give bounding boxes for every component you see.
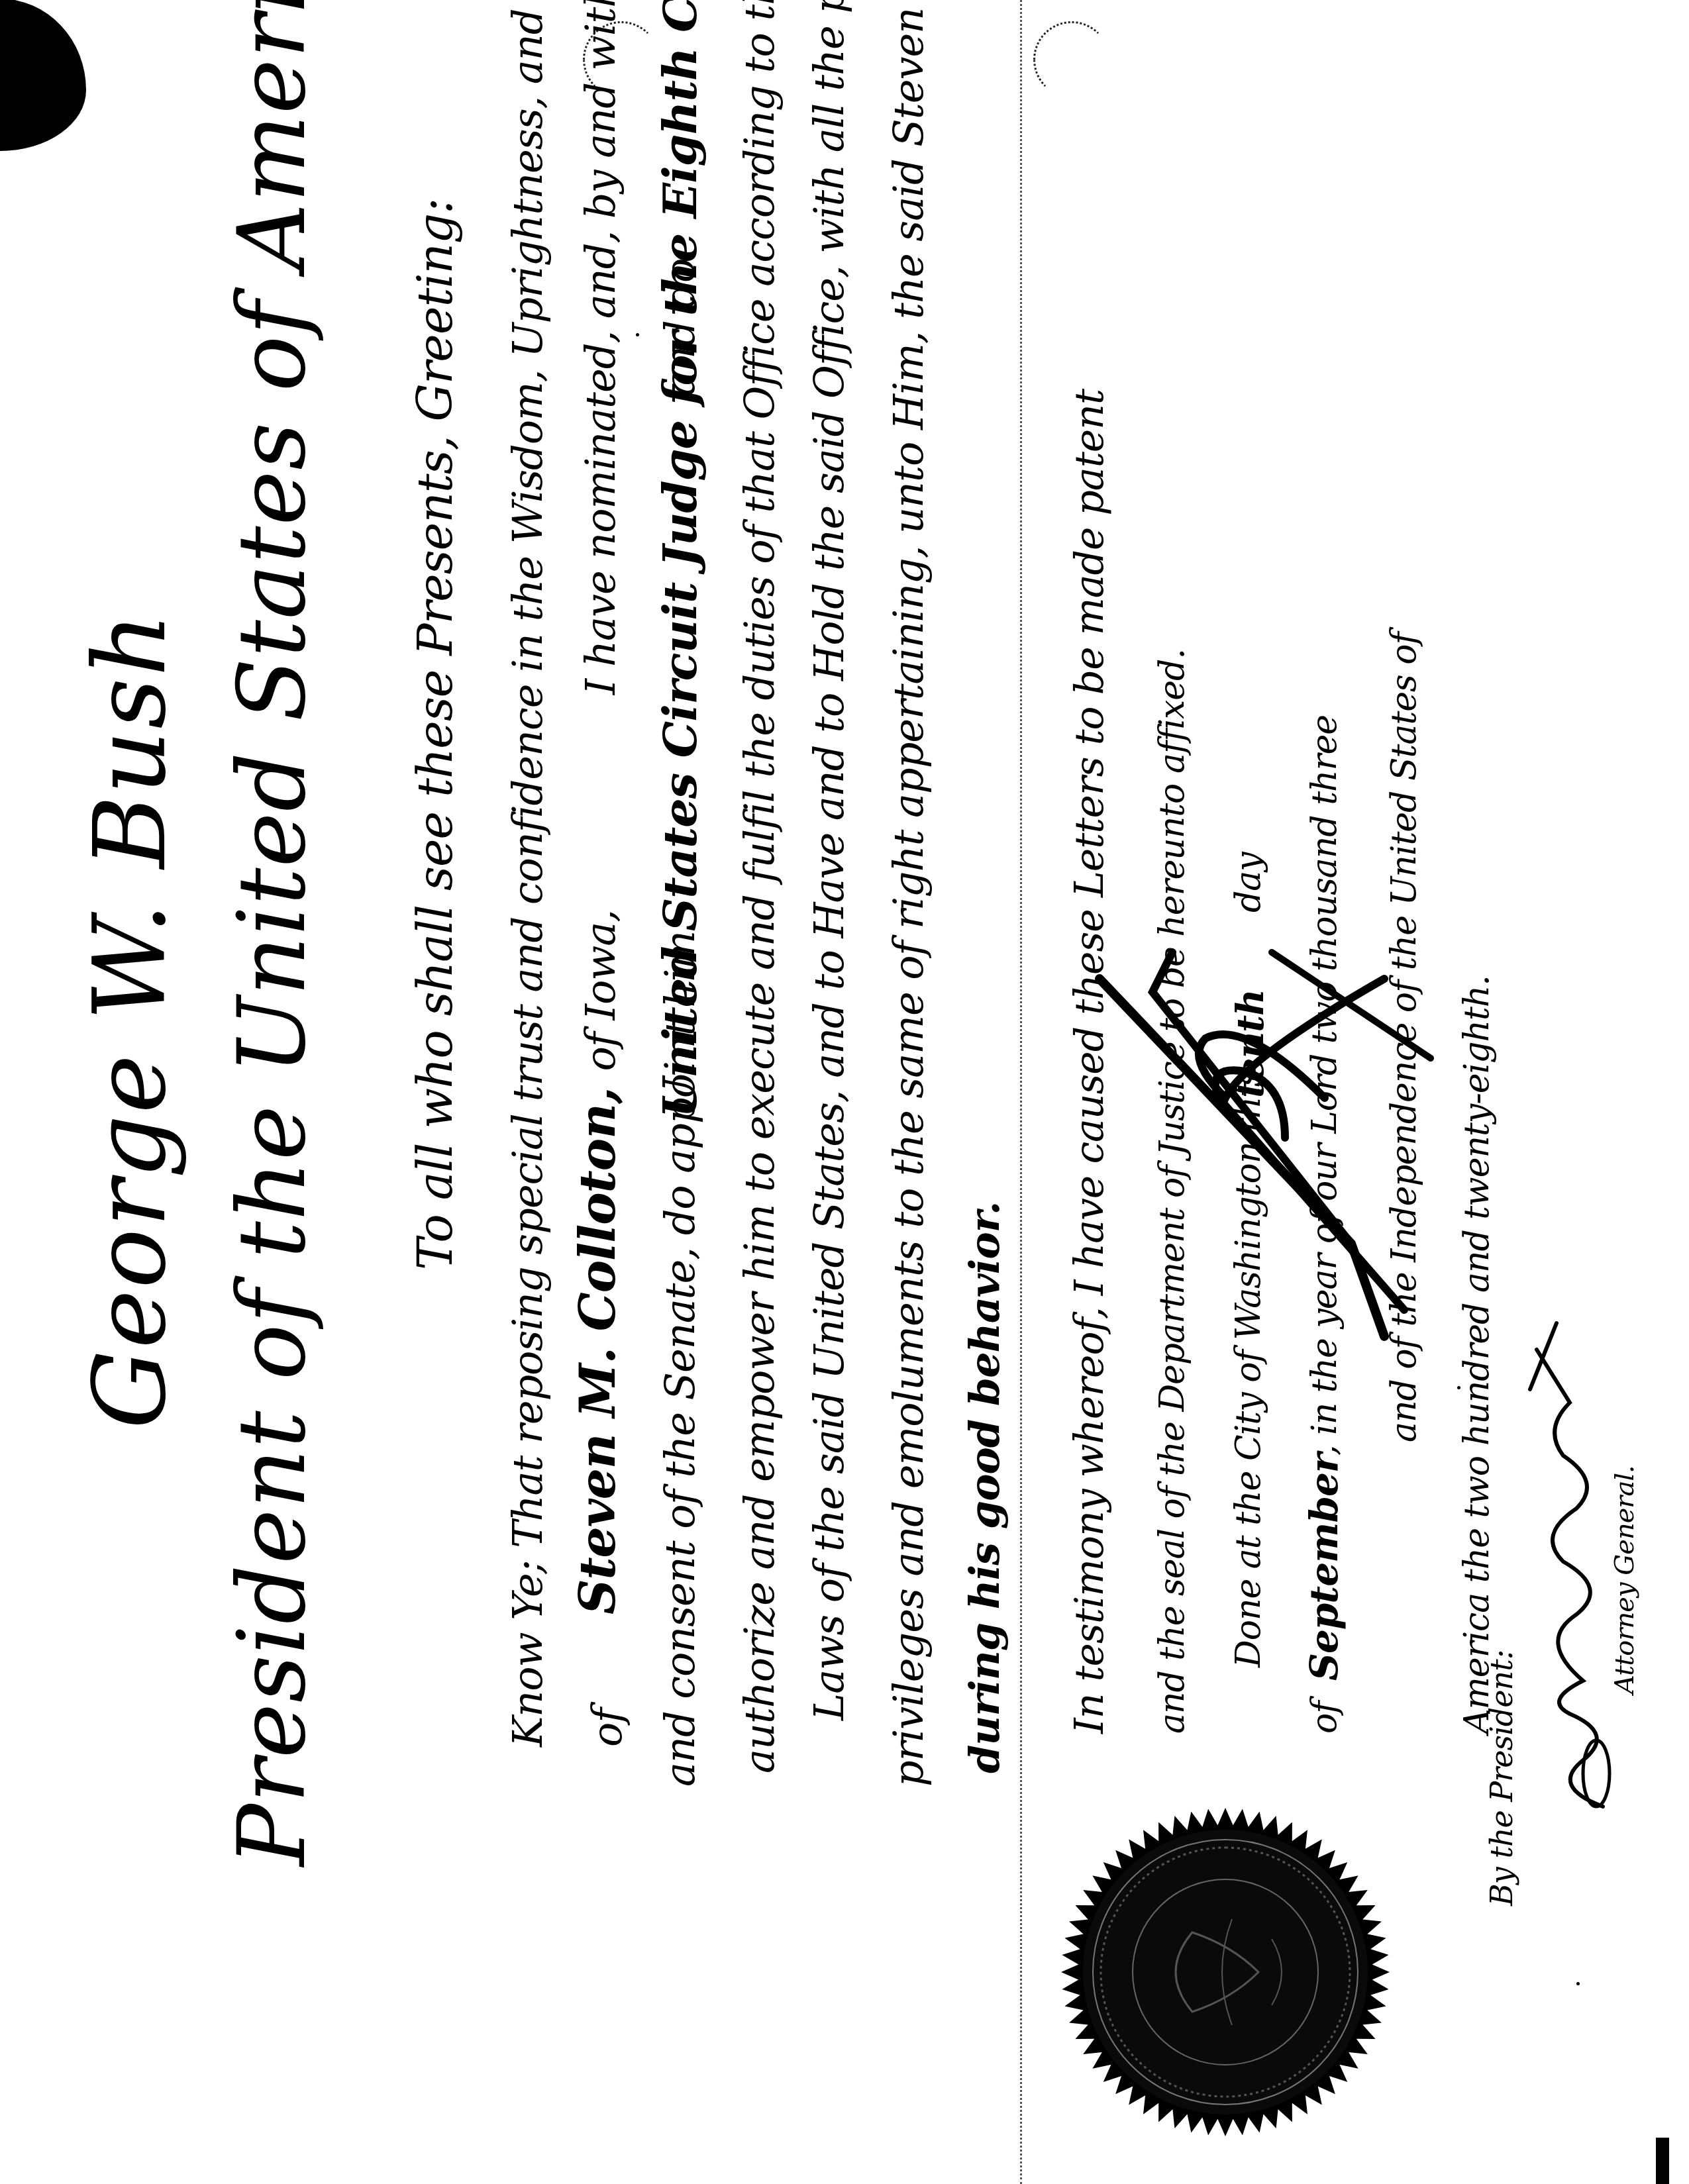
body-line-2-tail: I have nominated, and, by and with the a… <box>576 0 625 695</box>
president-name-heading: George W. Bush <box>73 611 188 1429</box>
by-the-president-label: By the President: <box>1484 1650 1519 1906</box>
office-heading: President of the United States of Americ… <box>219 0 327 1866</box>
nominee-state: of Iowa, <box>576 910 625 1071</box>
body-line-4: authorize and empower him to execute and… <box>735 0 784 1773</box>
attestation-line-6: America the two hundred and twenty-eight… <box>1457 975 1497 1734</box>
scan-speck <box>1576 1982 1580 1985</box>
body-line-6: privileges and emoluments to the same of… <box>884 0 933 1787</box>
body-line-3-suffix: and do <box>656 259 704 396</box>
attestation-month: September <box>1302 1454 1347 1681</box>
nominee-name: Steven M. Colloton, of Iowa, I have nomi… <box>570 0 627 1614</box>
department-seal-icon <box>1060 1807 1391 2138</box>
fold-line <box>1020 0 1022 2184</box>
body-line-5: Laws of the said United States, and to H… <box>805 0 853 1720</box>
greeting: To all who shall see these Presents, Gre… <box>407 199 463 1270</box>
body-line-2-prefix: of <box>583 1709 631 1747</box>
president-signature <box>1073 939 1444 1350</box>
scan-speck <box>1457 1386 1460 1389</box>
attestation-line-4-prefix: of <box>1305 1701 1345 1734</box>
scan-corner-mark <box>1656 2138 1669 2184</box>
commission-sheet: George W. Bush President of the United S… <box>0 0 1689 2184</box>
punch-hole-icon <box>1033 21 1110 98</box>
scan-speck <box>636 333 639 336</box>
body-line-1: Know Ye; That reposing special trust and… <box>503 0 552 1747</box>
scanned-page: George W. Bush President of the United S… <box>0 0 1689 2184</box>
body-line-7: during his good behavior. <box>960 1202 1009 1773</box>
attorney-general-signature <box>1523 1310 1629 1813</box>
nominee-name-text: Steven M. Colloton, <box>570 1087 627 1614</box>
appointed-position: United States Circuit Judge for the Eigh… <box>652 0 707 1118</box>
attestation-line-3-suffix: day <box>1229 852 1268 913</box>
scan-artifact-blob <box>0 0 86 151</box>
